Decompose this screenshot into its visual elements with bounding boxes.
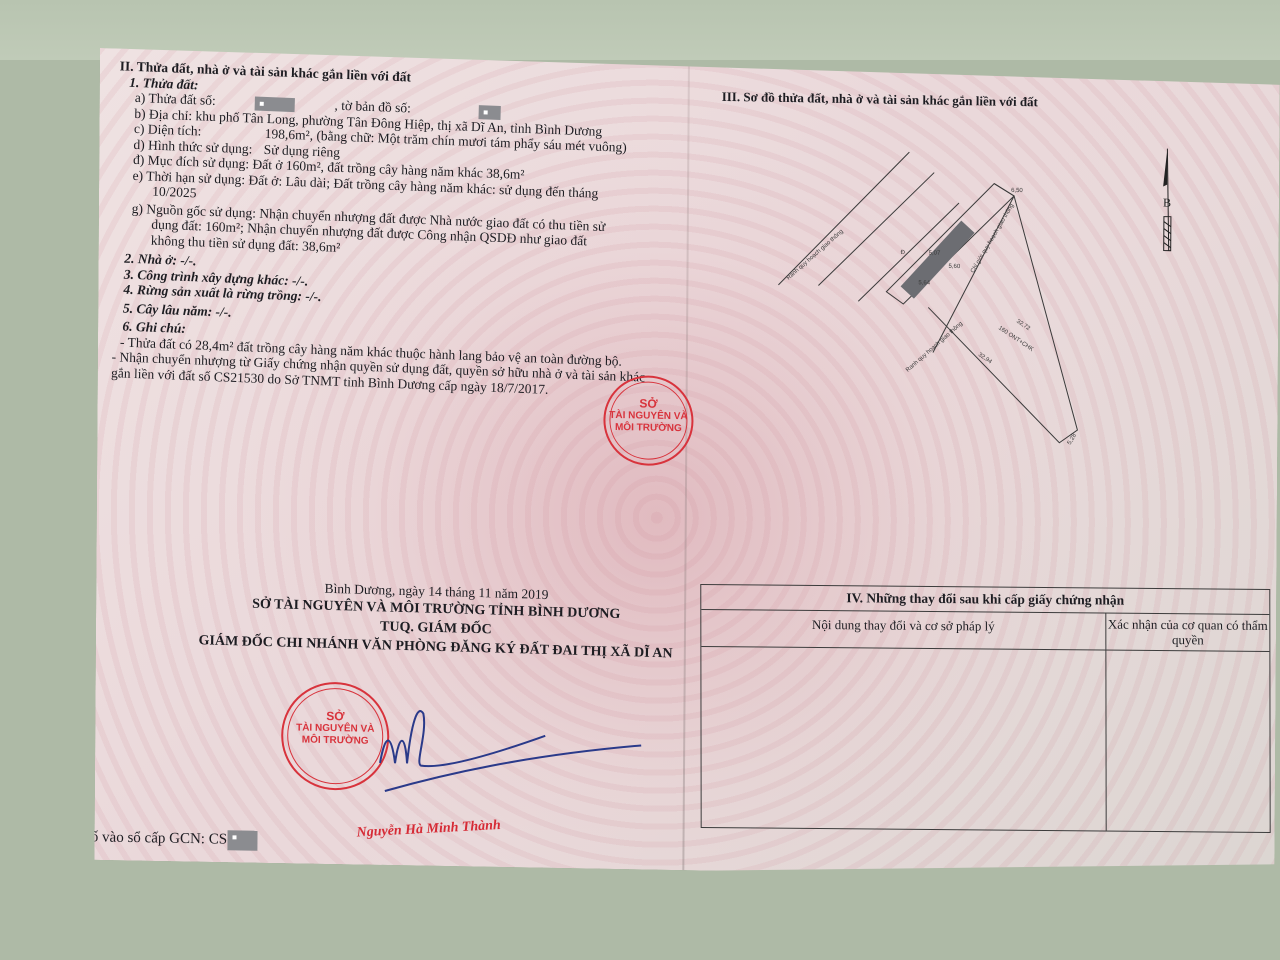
svg-text:6,50: 6,50 <box>1011 188 1023 194</box>
official-stamp: SỞ TÀI NGUYÊN VÀ MÔI TRƯỜNG <box>603 375 694 467</box>
section-2: II. Thửa đất, nhà ở và tài sản khác gắn … <box>111 58 670 401</box>
redacted-registry-number <box>227 830 257 851</box>
svg-text:Ranh quy hoạch giao thông: Ranh quy hoạch giao thông <box>786 229 845 282</box>
registry-number: Số vào sổ cấp GCN: CS <box>82 828 257 851</box>
svg-text:Đ: Đ <box>901 250 906 256</box>
redacted-map-sheet <box>478 105 500 120</box>
parcel-diagram: Ranh quy hoạch giao thông Ranh quy hoạch… <box>747 139 1169 476</box>
svg-text:Ranh quy hoạch giao thông: Ranh quy hoạch giao thông <box>905 321 964 374</box>
svg-text:5,60: 5,60 <box>949 264 961 270</box>
column-changes: Nội dung thay đổi và cơ sở pháp lý <box>701 610 1106 650</box>
column-confirmation: Xác nhận của cơ quan có thẩm quyền <box>1106 614 1269 651</box>
confirmation-cell <box>1106 651 1269 832</box>
redacted-parcel-number <box>255 96 295 112</box>
svg-text:5,28: 5,28 <box>1067 432 1078 446</box>
signature-block: Bình Dương, ngày 14 tháng 11 năm 2019 SỞ… <box>155 576 716 665</box>
svg-text:32,94: 32,94 <box>977 352 993 366</box>
svg-text:5,64: 5,64 <box>918 280 930 286</box>
signer-name: Nguyễn Hà Minh Thành <box>356 818 501 842</box>
svg-text:B: B <box>1163 196 1171 210</box>
svg-text:5,07: 5,07 <box>929 250 941 256</box>
signature-icon <box>355 692 656 817</box>
section-3-title: III. Sơ đồ thửa đất, nhà ở và tài sản kh… <box>722 89 1038 111</box>
changes-cell <box>701 647 1106 831</box>
certificate-paper: II. Thửa đất, nhà ở và tài sản khác gắn … <box>94 48 1280 881</box>
north-arrow-icon: B <box>1149 146 1190 257</box>
svg-text:32,72: 32,72 <box>1015 319 1031 333</box>
paper-fold <box>682 58 690 870</box>
changes-table: IV. Những thay đổi sau khi cấp giấy chứn… <box>700 584 1270 833</box>
svg-text:Chỉ giới quy hoạch giao thông: Chỉ giới quy hoạch giao thông <box>969 202 1015 274</box>
redacted-road-name <box>901 221 975 299</box>
